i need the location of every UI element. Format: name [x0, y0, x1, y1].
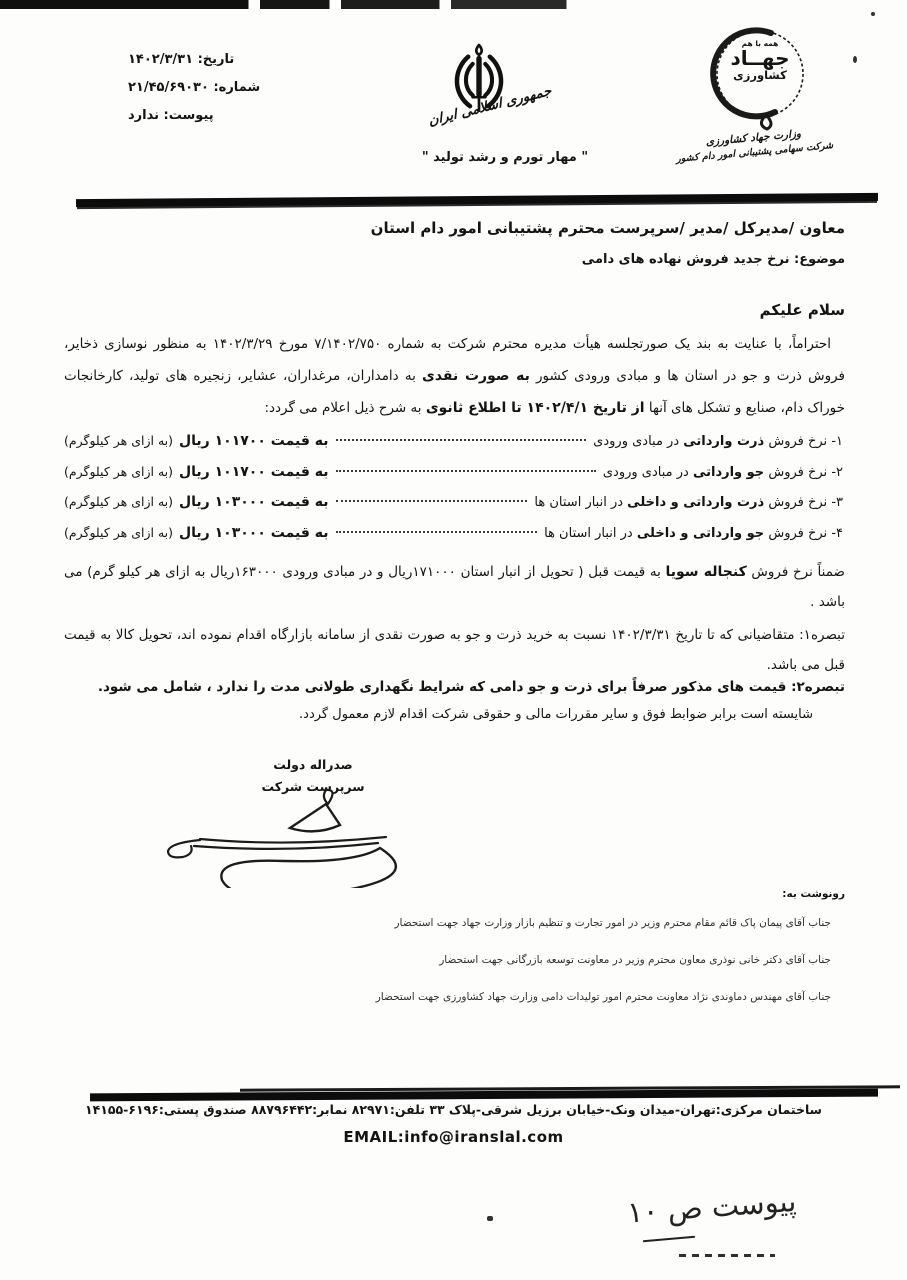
closing-line: شایسته است برابر ضوابط فوق و سایر مقررات… [299, 707, 813, 722]
intro-bold-cash: به صورت نقدی [422, 368, 530, 384]
signer-name: صدراله دولت [228, 757, 398, 772]
jahad-logo-word1: جهــاد [705, 48, 815, 69]
date-label: تاریخ: [198, 52, 235, 67]
item-price: به قیمت ۱۰۱۷۰۰ ریال [179, 464, 328, 480]
date-value: ۱۴۰۲/۳/۳۱ [128, 52, 193, 67]
dotted-leader [336, 500, 528, 502]
price-row-barley-warehouse: ۴- نرخ فروش جو وارداتی و داخلی در انبار … [64, 525, 843, 556]
price-list: ۱- نرخ فروش ذرت وارداتی در مبادی ورودی ب… [64, 433, 843, 555]
handwritten-signature [128, 788, 468, 892]
soy-bold: کنجاله سویا [666, 564, 747, 580]
price-row-corn-entry: ۱- نرخ فروش ذرت وارداتی در مبادی ورودی ب… [64, 433, 843, 464]
soy-text: ضمناً نرخ فروش [747, 564, 845, 580]
letter-meta-block: تاریخ: ۱۴۰۲/۳/۳۱ شماره: ۲۱/۴۵/۶۹۰۳۰ پیوس… [128, 52, 320, 136]
footer-email: EMAIL:info@iranslal.com [0, 1128, 907, 1146]
item-price: به قیمت ۱۰۱۷۰۰ ریال [179, 433, 328, 449]
letter-attachment: پیوست: ندارد [128, 108, 320, 123]
jahad-logo-text: همه با هم جهــاد کشاورزی [705, 40, 815, 81]
footer-address: ساختمان مرکزی:تهران-میدان ونک-خیابان برز… [0, 1102, 907, 1117]
scan-speck [871, 12, 875, 16]
note1-paragraph: تبصره۱: متقاضیانی که تا تاریخ ۱۴۰۲/۳/۳۱ … [64, 620, 845, 680]
item-unit: (به ازای هر کیلوگرم) [64, 464, 173, 479]
scan-artifact-top-line [0, 0, 578, 9]
item-text: ۳- نرخ فروش ذرت وارداتی و داخلی در انبار… [534, 495, 843, 510]
soybean-paragraph: ضمناً نرخ فروش کنجاله سویا به قیمت قبل (… [64, 557, 845, 617]
addressee-line: معاون /مدیرکل /مدیر /سرپرست محترم پشتیبا… [371, 219, 845, 237]
item-price: به قیمت ۱۰۳۰۰۰ ریال [179, 494, 328, 510]
jahad-keshavarzi-logo: همه با هم جهــاد کشاورزی [705, 26, 815, 136]
cc-label: رونوشت به: [782, 888, 845, 900]
item-unit: (به ازای هر کیلوگرم) [64, 494, 173, 509]
scan-speck [487, 1216, 493, 1221]
number-label: شماره: [213, 80, 260, 95]
dotted-leader [336, 531, 538, 533]
cc-item: جناب آقای دکتر خانی نوذری معاون محترم وز… [376, 942, 831, 979]
intro-paragraph: احتراماً، با عنایت به بند یک صورتجلسه هی… [64, 328, 845, 424]
cc-list: جناب آقای پیمان پاک قائم مقام محترم وزیر… [376, 905, 831, 1016]
scan-speck [853, 56, 857, 63]
item-text: ۴- نرخ فروش جو وارداتی و داخلی در انبار … [544, 526, 843, 541]
item-price: به قیمت ۱۰۳۰۰۰ ریال [179, 525, 328, 541]
handwritten-attachment-note: پیوست ص ۱۰ [626, 1180, 848, 1229]
dotted-leader [336, 439, 587, 441]
number-value: ۲۱/۴۵/۶۹۰۳۰ [128, 80, 209, 95]
subject-line: موضوع: نرخ جدید فروش نهاده های دامی [582, 252, 845, 267]
header-divider-rule [76, 193, 878, 207]
intro-bold-date: از تاریخ ۱۴۰۲/۴/۱ تا اطلاع ثانوی [426, 400, 645, 416]
letter-date: تاریخ: ۱۴۰۲/۳/۳۱ [128, 52, 320, 67]
cc-item: جناب آقای مهندس دماوندی نژاد معاونت محتر… [376, 979, 831, 1016]
attachment-value: ندارد [128, 108, 159, 123]
handwriting-dashes [679, 1254, 775, 1257]
jahad-logo-word2: کشاورزی [705, 69, 815, 81]
item-text: ۲- نرخ فروش جو وارداتی در مبادی ورودی [603, 465, 843, 480]
letter-number: شماره: ۲۱/۴۵/۶۹۰۳۰ [128, 80, 320, 95]
scanned-letter-page: تاریخ: ۱۴۰۲/۳/۳۱ شماره: ۲۱/۴۵/۶۹۰۳۰ پیوس… [0, 0, 907, 1280]
footer-rule [90, 1089, 878, 1102]
note2-paragraph: تبصره۲: قیمت های مذکور صرفاً برای ذرت و … [64, 679, 845, 695]
year-slogan: " مهار تورم و رشد تولید " [355, 150, 655, 165]
intro-text: به شرح ذیل اعلام می گردد: [264, 400, 425, 416]
item-unit: (به ازای هر کیلوگرم) [64, 433, 173, 448]
dotted-leader [336, 470, 596, 472]
price-row-corn-warehouse: ۳- نرخ فروش ذرت وارداتی و داخلی در انبار… [64, 494, 843, 525]
handwriting-underline [643, 1236, 695, 1243]
item-text: ۱- نرخ فروش ذرت وارداتی در مبادی ورودی [593, 434, 843, 449]
item-unit: (به ازای هر کیلوگرم) [64, 525, 173, 540]
price-row-barley-entry: ۲- نرخ فروش جو وارداتی در مبادی ورودی به… [64, 464, 843, 495]
salutation: سلام علیکم [760, 301, 845, 321]
attachment-label: پیوست: [164, 108, 214, 123]
cc-item: جناب آقای پیمان پاک قائم مقام محترم وزیر… [376, 905, 831, 942]
